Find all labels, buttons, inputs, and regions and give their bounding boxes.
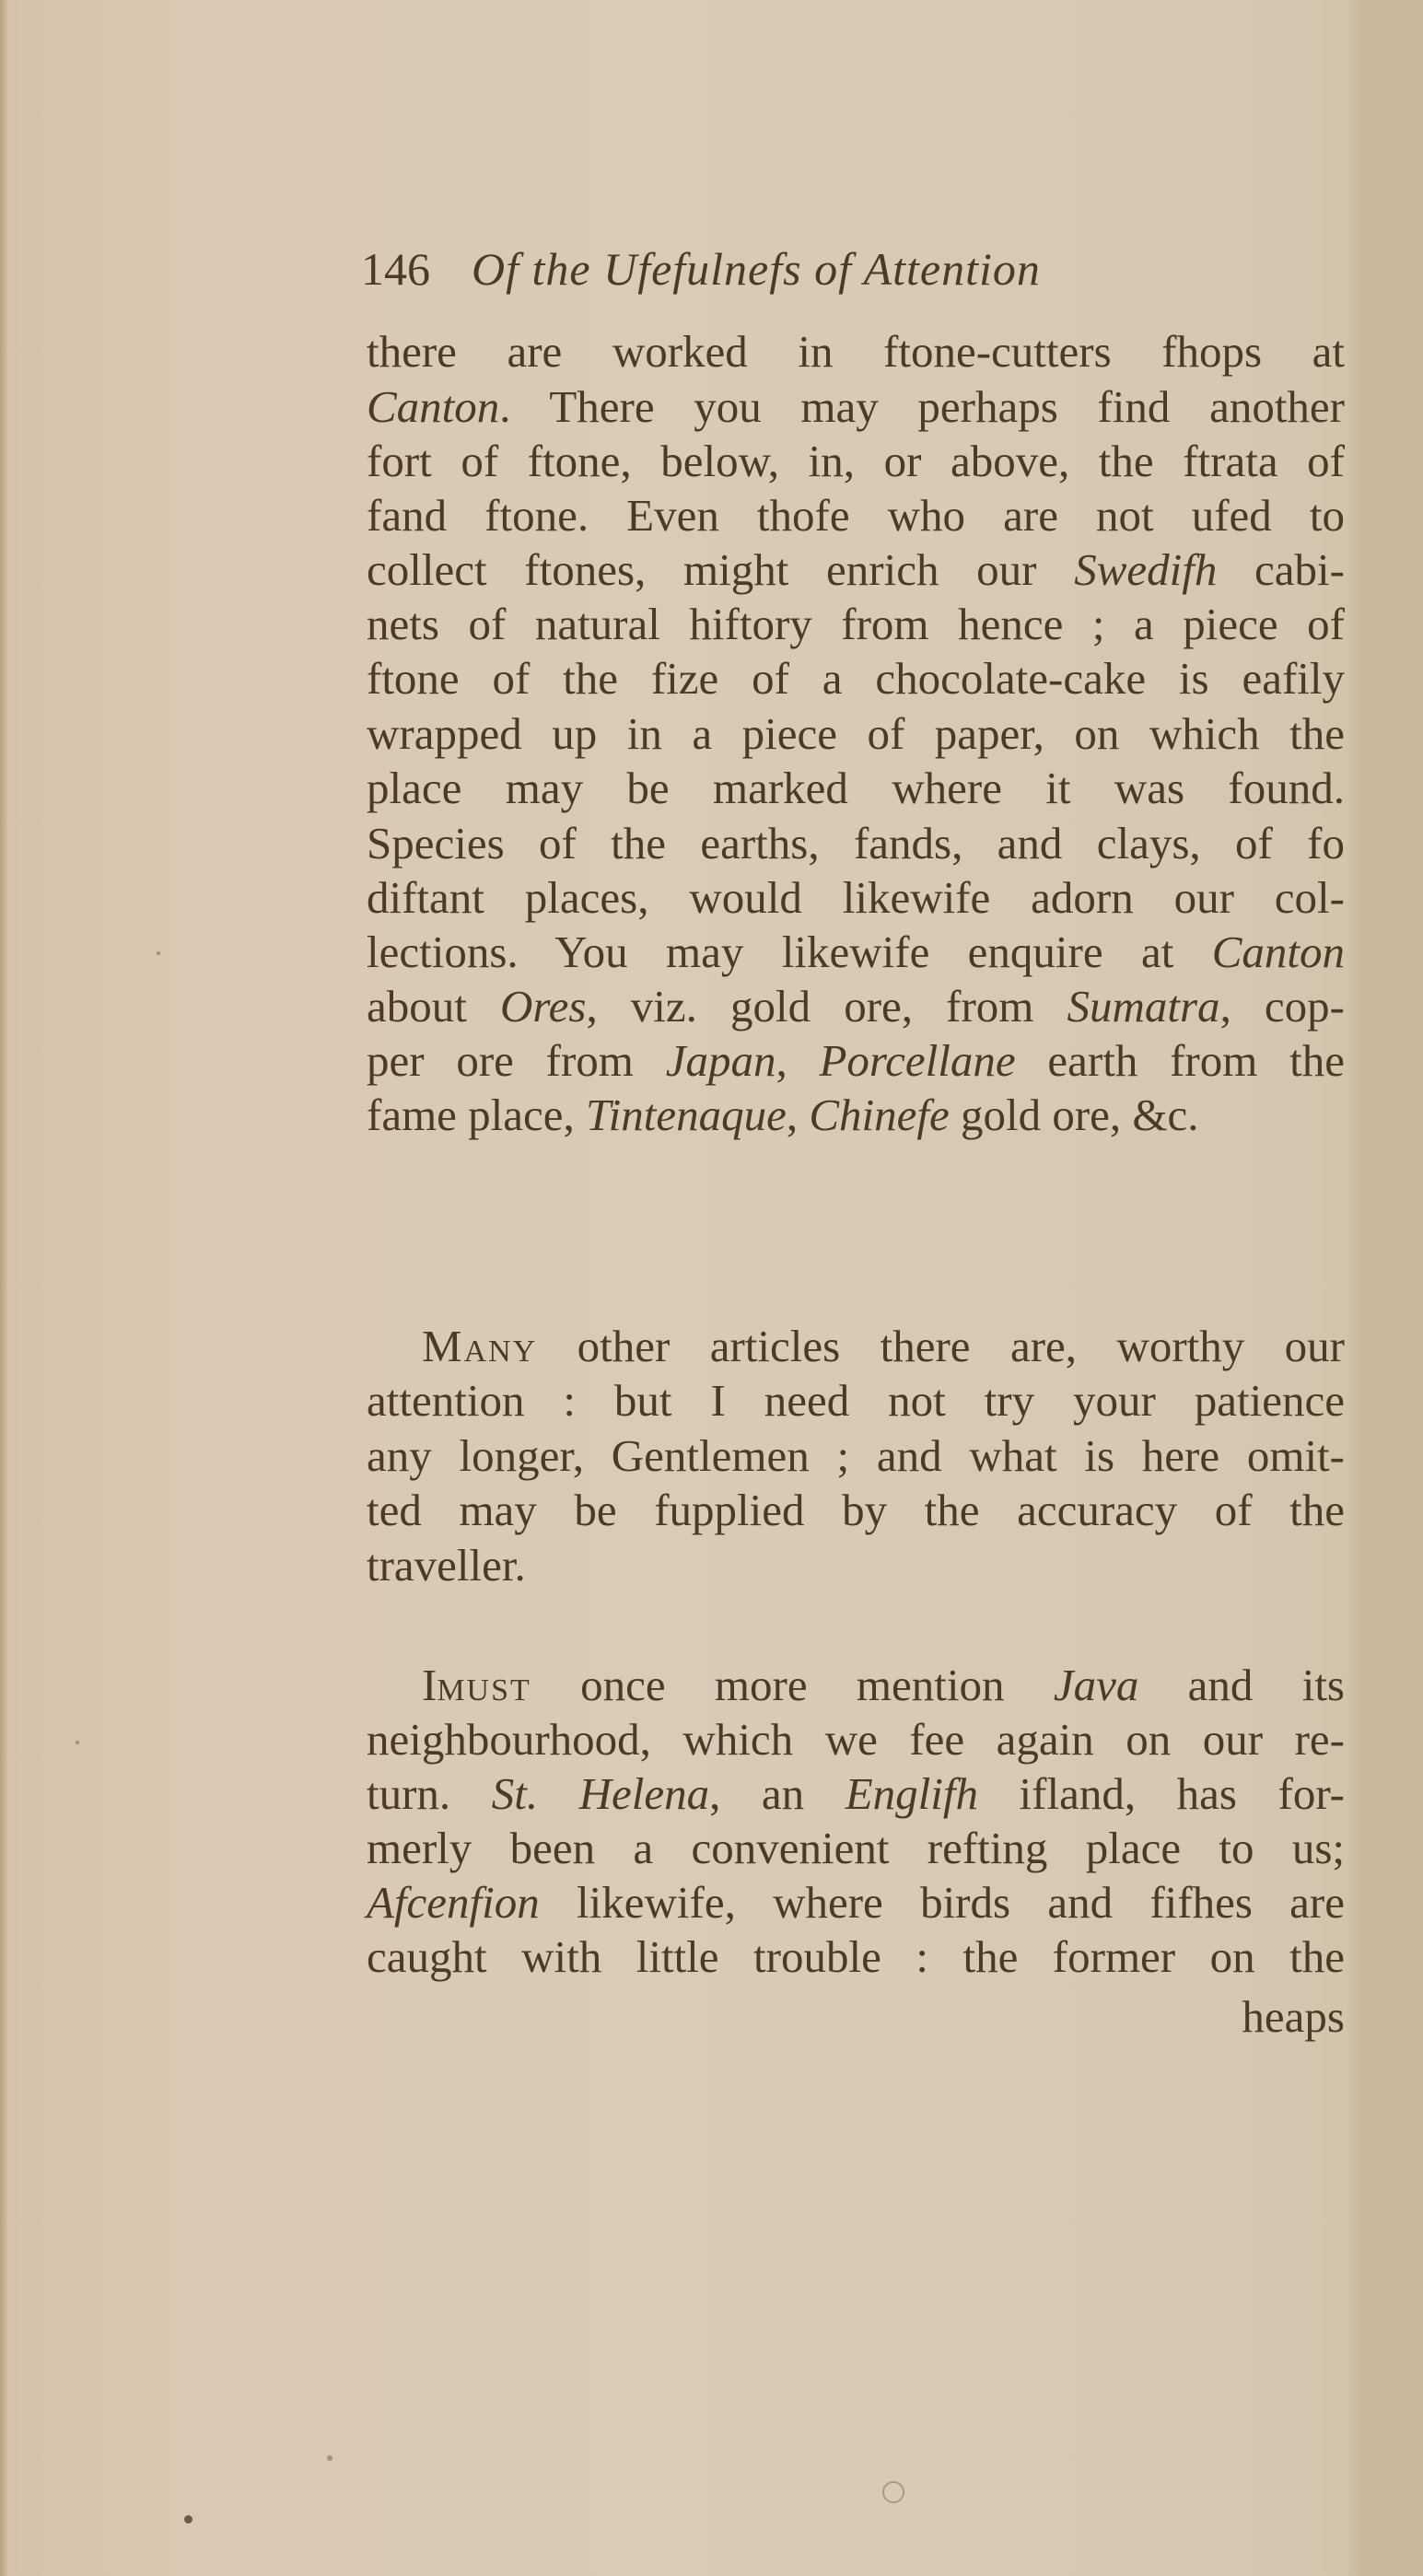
place-name: Canton <box>1212 927 1345 977</box>
text-line: fand ftone. Even thofe who are not ufed … <box>367 488 1345 543</box>
text-run: ifland, has for- <box>978 1768 1345 1819</box>
text-line: per ore from Japan, Porcellane earth fro… <box>367 1033 1345 1089</box>
text-run: , an <box>709 1768 846 1819</box>
text-line: neighbourhood, which we fee again on our… <box>367 1712 1345 1767</box>
text-line: nets of natural hiftory from hence ; a p… <box>367 597 1345 652</box>
text-line: traveller. <box>367 1538 1345 1593</box>
text-run: , viz. gold ore, from <box>586 981 1067 1032</box>
text-run: lections. You may likewife enquire at <box>367 927 1212 977</box>
text-line: wrapped up in a piece of paper, on which… <box>367 706 1345 762</box>
paper-speck <box>184 2515 192 2524</box>
text-line: collect ftones, might enrich our Swedifh… <box>367 542 1345 598</box>
text-run: , <box>787 1090 810 1140</box>
text-line: Canton. There you may perhaps find anoth… <box>367 379 1345 435</box>
page-number: 146 <box>361 241 472 297</box>
text-run: cabi- <box>1217 544 1345 595</box>
text-run: collect ftones, might enrich our <box>367 544 1074 595</box>
text-run: and its <box>1138 1660 1345 1710</box>
text-line: any longer, Gentlemen ; and what is here… <box>367 1428 1345 1484</box>
text-line: about Ores, viz. gold ore, from Sumatra,… <box>367 979 1345 1034</box>
catchword: heaps <box>367 1989 1345 2045</box>
text-line: merly been a convenient refting place to… <box>367 1821 1345 1876</box>
text-run: . There you may perhaps find another <box>499 381 1345 432</box>
text-line: fame place, Tintenaque, Chinefe gold ore… <box>367 1088 1345 1143</box>
place-name: Canton <box>367 381 499 432</box>
text-run: per ore from <box>367 1035 666 1086</box>
text-line: turn. St. Helena, an Englifh ifland, has… <box>367 1766 1345 1822</box>
text-line: Imust once more mention Java and its <box>422 1658 1345 1713</box>
text-run: , cop- <box>1220 981 1345 1032</box>
italic-word: Swedifh <box>1074 544 1217 595</box>
page-gutter-shadow <box>1359 0 1423 2576</box>
italic-word: Tintenaque <box>586 1090 787 1140</box>
running-title: Of the Ufefulnefs of Attention <box>472 243 1041 295</box>
text-line: Many other articles there are, worthy ou… <box>422 1319 1345 1374</box>
text-line: fort of ftone, below, in, or above, the … <box>367 434 1345 489</box>
text-line: there are worked in ftone-cutters fhops … <box>367 324 1345 379</box>
page-left-edge <box>0 0 7 2576</box>
lead-capital: I <box>422 1660 437 1710</box>
small-caps-lead: Many <box>422 1321 537 1371</box>
text-line: attention : but I need not try your pati… <box>367 1373 1345 1428</box>
paper-speck <box>76 1741 79 1744</box>
paper-speck <box>327 2455 332 2461</box>
paper-speck <box>157 951 160 955</box>
library-stamp-mark <box>882 2481 904 2503</box>
italic-word: Englifh <box>846 1768 978 1819</box>
running-head: 146Of the Ufefulnefs of Attention <box>361 241 1190 297</box>
text-run: turn. <box>367 1768 492 1819</box>
text-line: Species of the earths, fands, and clays,… <box>367 816 1345 871</box>
place-name: Sumatra <box>1067 981 1219 1032</box>
text-run: other articles there are, worthy our <box>537 1321 1345 1371</box>
text-run: earth from the <box>1016 1035 1345 1086</box>
text-run: once more mention <box>531 1660 1054 1710</box>
text-line: ftone of the fize of a chocolate-cake is… <box>367 651 1345 706</box>
text-line: Afcenfion likewife, where birds and fifh… <box>367 1875 1345 1930</box>
text-run: , <box>776 1035 819 1086</box>
italic-word: Porcellane <box>819 1035 1015 1086</box>
text-run: likewife, where birds and fifhes are <box>540 1877 1345 1928</box>
text-run: fame place, <box>367 1090 586 1140</box>
text-line: ted may be fupplied by the accuracy of t… <box>367 1483 1345 1538</box>
text-line: diftant places, would likewife adorn our… <box>367 870 1345 926</box>
text-line: place may be marked where it was found. <box>367 761 1345 816</box>
place-name: Afcenfion <box>367 1877 540 1928</box>
small-caps-lead: must <box>437 1660 531 1710</box>
place-name: Java <box>1054 1660 1139 1710</box>
text-run: gold ore, &c. <box>950 1090 1199 1140</box>
place-name: Japan <box>666 1035 776 1086</box>
text-line: caught with little trouble : the former … <box>367 1929 1345 1985</box>
text-line: lections. You may likewife enquire at Ca… <box>367 925 1345 980</box>
place-name: St. Helena <box>492 1768 709 1819</box>
italic-word: Ores <box>500 981 586 1032</box>
text-run: about <box>367 981 500 1032</box>
italic-word: Chinefe <box>809 1090 949 1140</box>
